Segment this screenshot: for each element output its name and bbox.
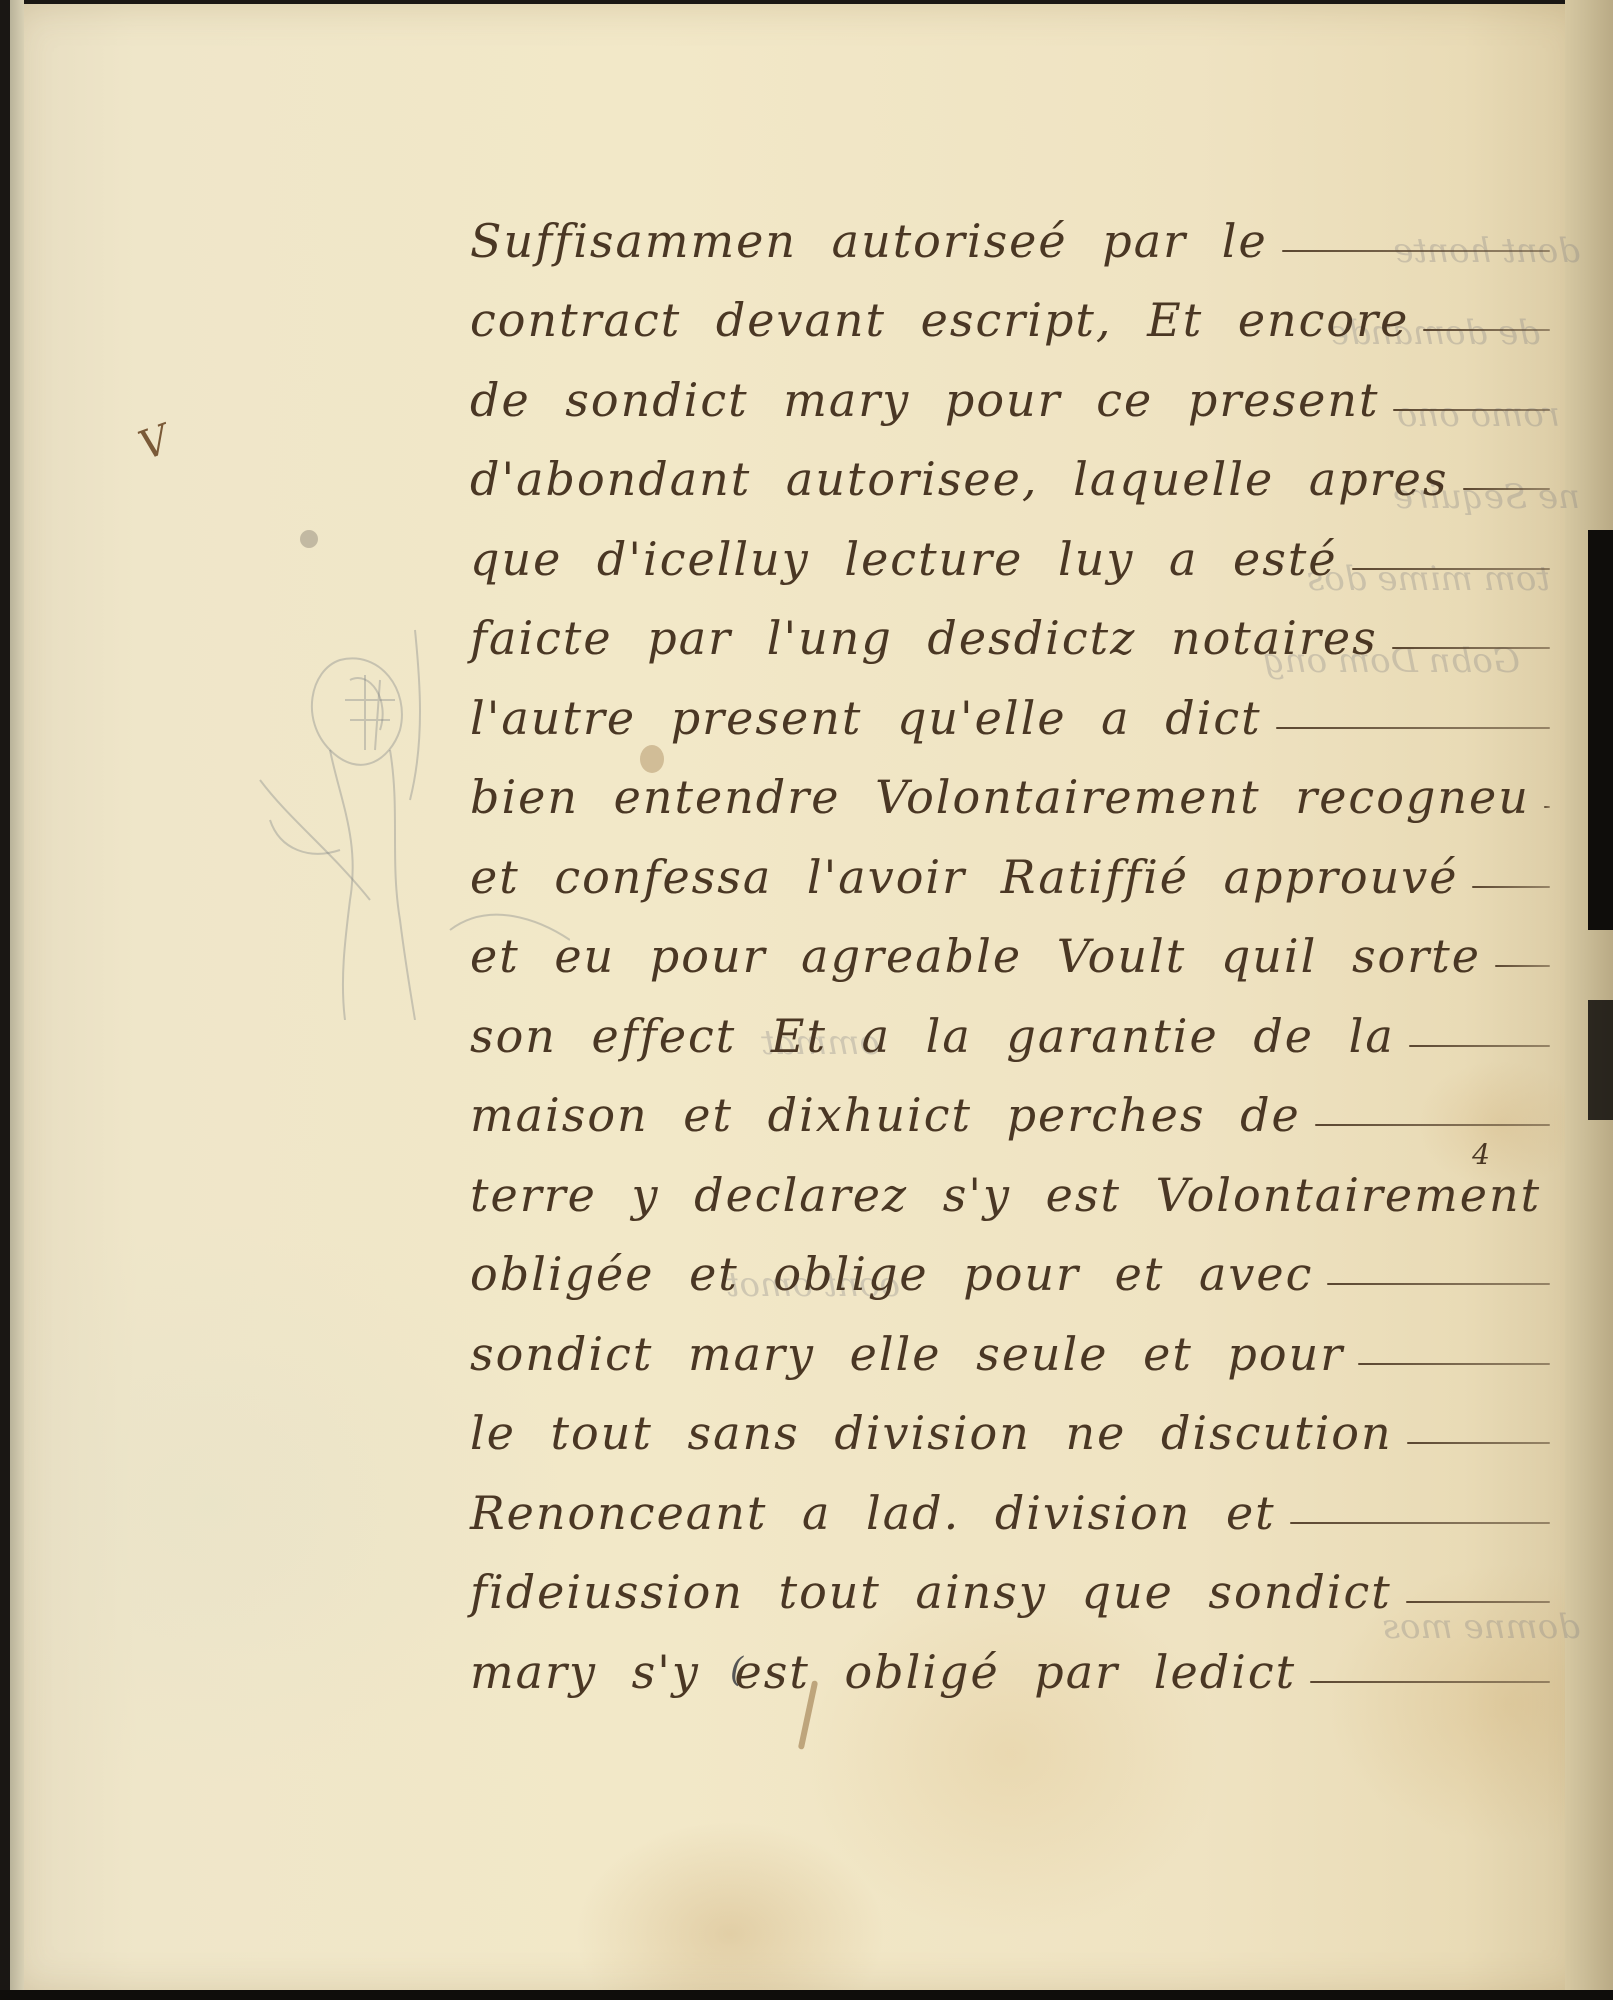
line-filler-dash: [1495, 965, 1550, 967]
text-line: faicte par l'ung desdictz notaires: [470, 590, 1550, 670]
line-filler-dash: [1472, 886, 1550, 888]
line-text: que d'icelluy lecture luy a esté: [470, 536, 1338, 590]
text-line: bien entendre Volontairement recogneu: [470, 749, 1550, 829]
line-text: sondict mary elle seule et pour: [470, 1331, 1344, 1385]
line-text: faicte par l'ung desdictz notaires: [470, 615, 1378, 669]
line-text: contract devant escript, Et encore: [470, 297, 1409, 351]
line-text: de sondict mary pour ce present: [470, 377, 1379, 431]
line-text: fideiussion tout ainsy que sondict: [470, 1569, 1392, 1623]
line-filler-dash: [1423, 329, 1550, 331]
line-text: l'autre present qu'elle a dict: [470, 695, 1262, 749]
text-line: Renonceant a lad. division et: [470, 1464, 1550, 1544]
line-filler-dash: [1352, 568, 1550, 570]
line-filler-dash: [1327, 1283, 1550, 1285]
line-text: d'abondant autorisee, laquelle apres: [470, 456, 1449, 510]
line-text: Suffisammen autoriseé par le: [470, 218, 1268, 272]
line-filler-dash: [1409, 1045, 1550, 1047]
line-text: obligée et oblige pour et avec: [470, 1251, 1313, 1305]
line-filler-dash: [1544, 806, 1550, 808]
text-line: d'abondant autorisee, laquelle apres: [470, 431, 1550, 511]
text-line: mary s'y est obligé par ledict: [470, 1623, 1550, 1703]
text-line: et confessa l'avoir Ratiffié approuvé: [470, 828, 1550, 908]
line-filler-dash: [1282, 250, 1550, 252]
line-filler-dash: [1315, 1124, 1550, 1126]
ink-stain: [300, 530, 318, 548]
binding-shadow: [1588, 530, 1613, 930]
text-line: l'autre present qu'elle a dict: [470, 669, 1550, 749]
line-text: son effect Et a la garantie de la: [470, 1013, 1395, 1067]
line-text: bien entendre Volontairement recogneu: [470, 774, 1530, 828]
line-text: Renonceant a lad. division et: [470, 1490, 1276, 1544]
line-text: mary s'y est obligé par ledict: [470, 1649, 1296, 1703]
line-filler-dash: [1276, 727, 1550, 729]
text-line: contract devant escript, Et encore: [470, 272, 1550, 352]
manuscript-text-block: Suffisammen autoriseé par le contract de…: [470, 192, 1550, 1703]
text-line: et eu pour agreable Voult quil sorte: [470, 908, 1550, 988]
line-filler-dash: [1406, 1601, 1550, 1603]
line-filler-dash: [1392, 647, 1550, 649]
text-line: terre y declarez s'y est Volontairement4: [470, 1146, 1550, 1226]
text-line: maison et dixhuict perches de: [470, 1067, 1550, 1147]
bottom-stroke-mark: (: [730, 1650, 743, 1690]
page-left-edge: [10, 0, 24, 1990]
binding-shadow-lower: [1588, 1000, 1613, 1120]
text-line: de sondict mary pour ce present: [470, 351, 1550, 431]
line-filler-dash: [1358, 1363, 1550, 1365]
superscript-numeral: 4: [1472, 1138, 1490, 1171]
line-filler-dash: [1463, 488, 1550, 490]
line-filler-dash: [1310, 1681, 1550, 1683]
line-text: et eu pour agreable Voult quil sorte: [470, 933, 1481, 987]
ink-stain: [640, 745, 664, 773]
page-bottom-edge: [0, 1990, 1613, 2000]
line-text: terre y declarez s'y est Volontairement: [470, 1172, 1541, 1226]
line-filler-dash: [1393, 409, 1550, 411]
text-line: obligée et oblige pour et avec: [470, 1226, 1550, 1306]
text-line: son effect Et a la garantie de la: [470, 987, 1550, 1067]
line-filler-dash: [1290, 1522, 1550, 1524]
text-line: que d'icelluy lecture luy a esté: [470, 510, 1550, 590]
text-line: le tout sans division ne discution: [470, 1385, 1550, 1465]
line-filler-dash: [1407, 1442, 1550, 1444]
text-line: fideiussion tout ainsy que sondict: [470, 1544, 1550, 1624]
line-text: et confessa l'avoir Ratiffié approuvé: [470, 854, 1458, 908]
line-text: le tout sans division ne discution: [470, 1410, 1393, 1464]
line-text: maison et dixhuict perches de: [470, 1092, 1301, 1146]
text-line: sondict mary elle seule et pour: [470, 1305, 1550, 1385]
text-line: Suffisammen autoriseé par le: [470, 192, 1550, 272]
